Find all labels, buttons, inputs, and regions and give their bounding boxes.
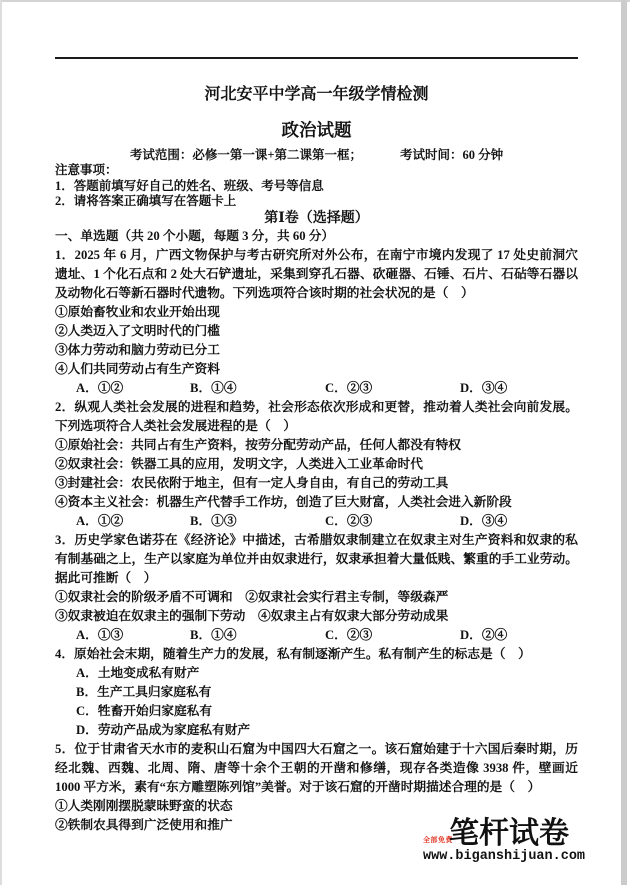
question-1-item-3: ③体力劳动和脑力劳动已分工 (55, 341, 578, 360)
question-2-options: A．①② B．①③ C．②③ D．③④ (55, 512, 578, 531)
question-4-stem: 4．原始社会末期，随着生产力的发展，私有制逐渐产生。私有制产生的标志是（ ） (55, 645, 578, 664)
watermark-top-row: 全部免费 笔杆试卷 (423, 818, 588, 850)
question-2-item-2: ②奴隶社会：铁器工具的应用，发明文字，人类进入工业革命时代 (55, 455, 578, 474)
question-1-option-a: A．①② (76, 379, 190, 398)
question-1-option-b: B．①④ (190, 379, 325, 398)
question-5-stem: 5．位于甘肃省天水市的麦积山石窟为中国四大石窟之一。该石窟始建于十六国后秦时期，… (55, 740, 578, 797)
header-rule (55, 57, 578, 59)
question-3-items-line-1: ①奴隶社会的阶级矛盾不可调和 ②奴隶社会实行君主专制，等级森严 (55, 588, 578, 607)
paper-content: 河北安平中学高一年级学情检测 政治试题 考试范围：必修一第一课+第二课第一框； … (55, 84, 578, 835)
question-1-item-1: ①原始畜牧业和农业开始出现 (55, 303, 578, 322)
watermark-brand: 笔杆试卷 (449, 818, 569, 850)
question-type-heading: 一、单选题（共 20 个小题，每题 3 分，共 60 分） (55, 227, 578, 246)
question-1-stem: 1．2025 年 6 月，广西文物保护与考古研究所对外公布，在南宁市境内发现了 … (55, 246, 578, 303)
question-3-items-line-2: ③奴隶被迫在奴隶主的强制下劳动 ④奴隶主占有奴隶大部分劳动成果 (55, 607, 578, 626)
page-edge-top (0, 0, 630, 2)
question-1-option-c: C．②③ (325, 379, 460, 398)
question-4-option-b: B．生产工具归家庭私有 (55, 683, 578, 702)
volume-heading: 第Ⅰ卷（选择题） (55, 210, 578, 227)
watermark-url: www.biganshijuan.com (423, 849, 588, 865)
paper-subtitle: 政治试题 (55, 118, 578, 142)
question-2-option-d: D．③④ (460, 512, 507, 531)
question-2-item-4: ④资本主义社会：机器生产代替手工作坊，创造了巨大财富，人类社会进入新阶段 (55, 493, 578, 512)
page-title: 河北安平中学高一年级学情检测 (55, 84, 578, 106)
notice-item-1: 1．答题前填写好自己的姓名、班级、考号等信息 (55, 179, 578, 195)
watermark-logo: 全部免费 笔杆试卷 www.biganshijuan.com (423, 818, 588, 865)
question-3-option-a: A．①③ (76, 626, 190, 645)
question-4-option-a: A．土地变成私有财产 (55, 664, 578, 683)
question-2-option-c: C．②③ (325, 512, 460, 531)
question-1-item-2: ②人类迈入了文明时代的门槛 (55, 322, 578, 341)
exam-info-line: 考试范围：必修一第一课+第二课第一框； 考试时间：60 分钟 (55, 147, 578, 163)
notices-heading: 注意事项： (55, 163, 578, 179)
question-2-item-1: ①原始社会：共同占有生产资料，按劳分配劳动产品，任何人都没有特权 (55, 436, 578, 455)
page-edge-left (0, 0, 2, 885)
question-1-option-d: D．③④ (460, 379, 507, 398)
question-3-option-c: C．②③ (325, 626, 460, 645)
exam-paper-page: 河北安平中学高一年级学情检测 政治试题 考试范围：必修一第一课+第二课第一框； … (0, 0, 630, 885)
exam-scope: 考试范围：必修一第一课+第二课第一框； (130, 147, 362, 163)
question-2-option-a: A．①② (76, 512, 190, 531)
question-1-item-4: ④人们共同劳动占有生产资料 (55, 360, 578, 379)
question-3-options: A．①③ B．①④ C．②③ D．②④ (55, 626, 578, 645)
question-1-options: A．①② B．①④ C．②③ D．③④ (55, 379, 578, 398)
page-edge-right (621, 0, 627, 885)
question-3-option-d: D．②④ (460, 626, 507, 645)
notice-item-2: 2．请将答案正确填写在答题卡上 (55, 194, 578, 210)
question-2-item-3: ③封建社会：农民依附于地主，但有一定人身自由，有自己的劳动工具 (55, 474, 578, 493)
question-3-stem: 3．历史学家色诺芬在《经济论》中描述，古希腊奴隶制建立在奴隶主对生产资料和奴隶的… (55, 531, 578, 588)
question-2-option-b: B．①③ (190, 512, 325, 531)
question-5-item-1: ①人类刚刚摆脱蒙昧野蛮的状态 (55, 797, 578, 816)
exam-time: 考试时间：60 分钟 (400, 147, 503, 163)
question-2-stem: 2．纵观人类社会发展的进程和趋势，社会形态依次形成和更替，推动着人类社会向前发展… (55, 398, 578, 436)
question-3-option-b: B．①④ (190, 626, 325, 645)
question-4-option-d: D．劳动产品成为家庭私有财产 (55, 721, 578, 740)
question-4-option-c: C．牲畜开始归家庭私有 (55, 702, 578, 721)
